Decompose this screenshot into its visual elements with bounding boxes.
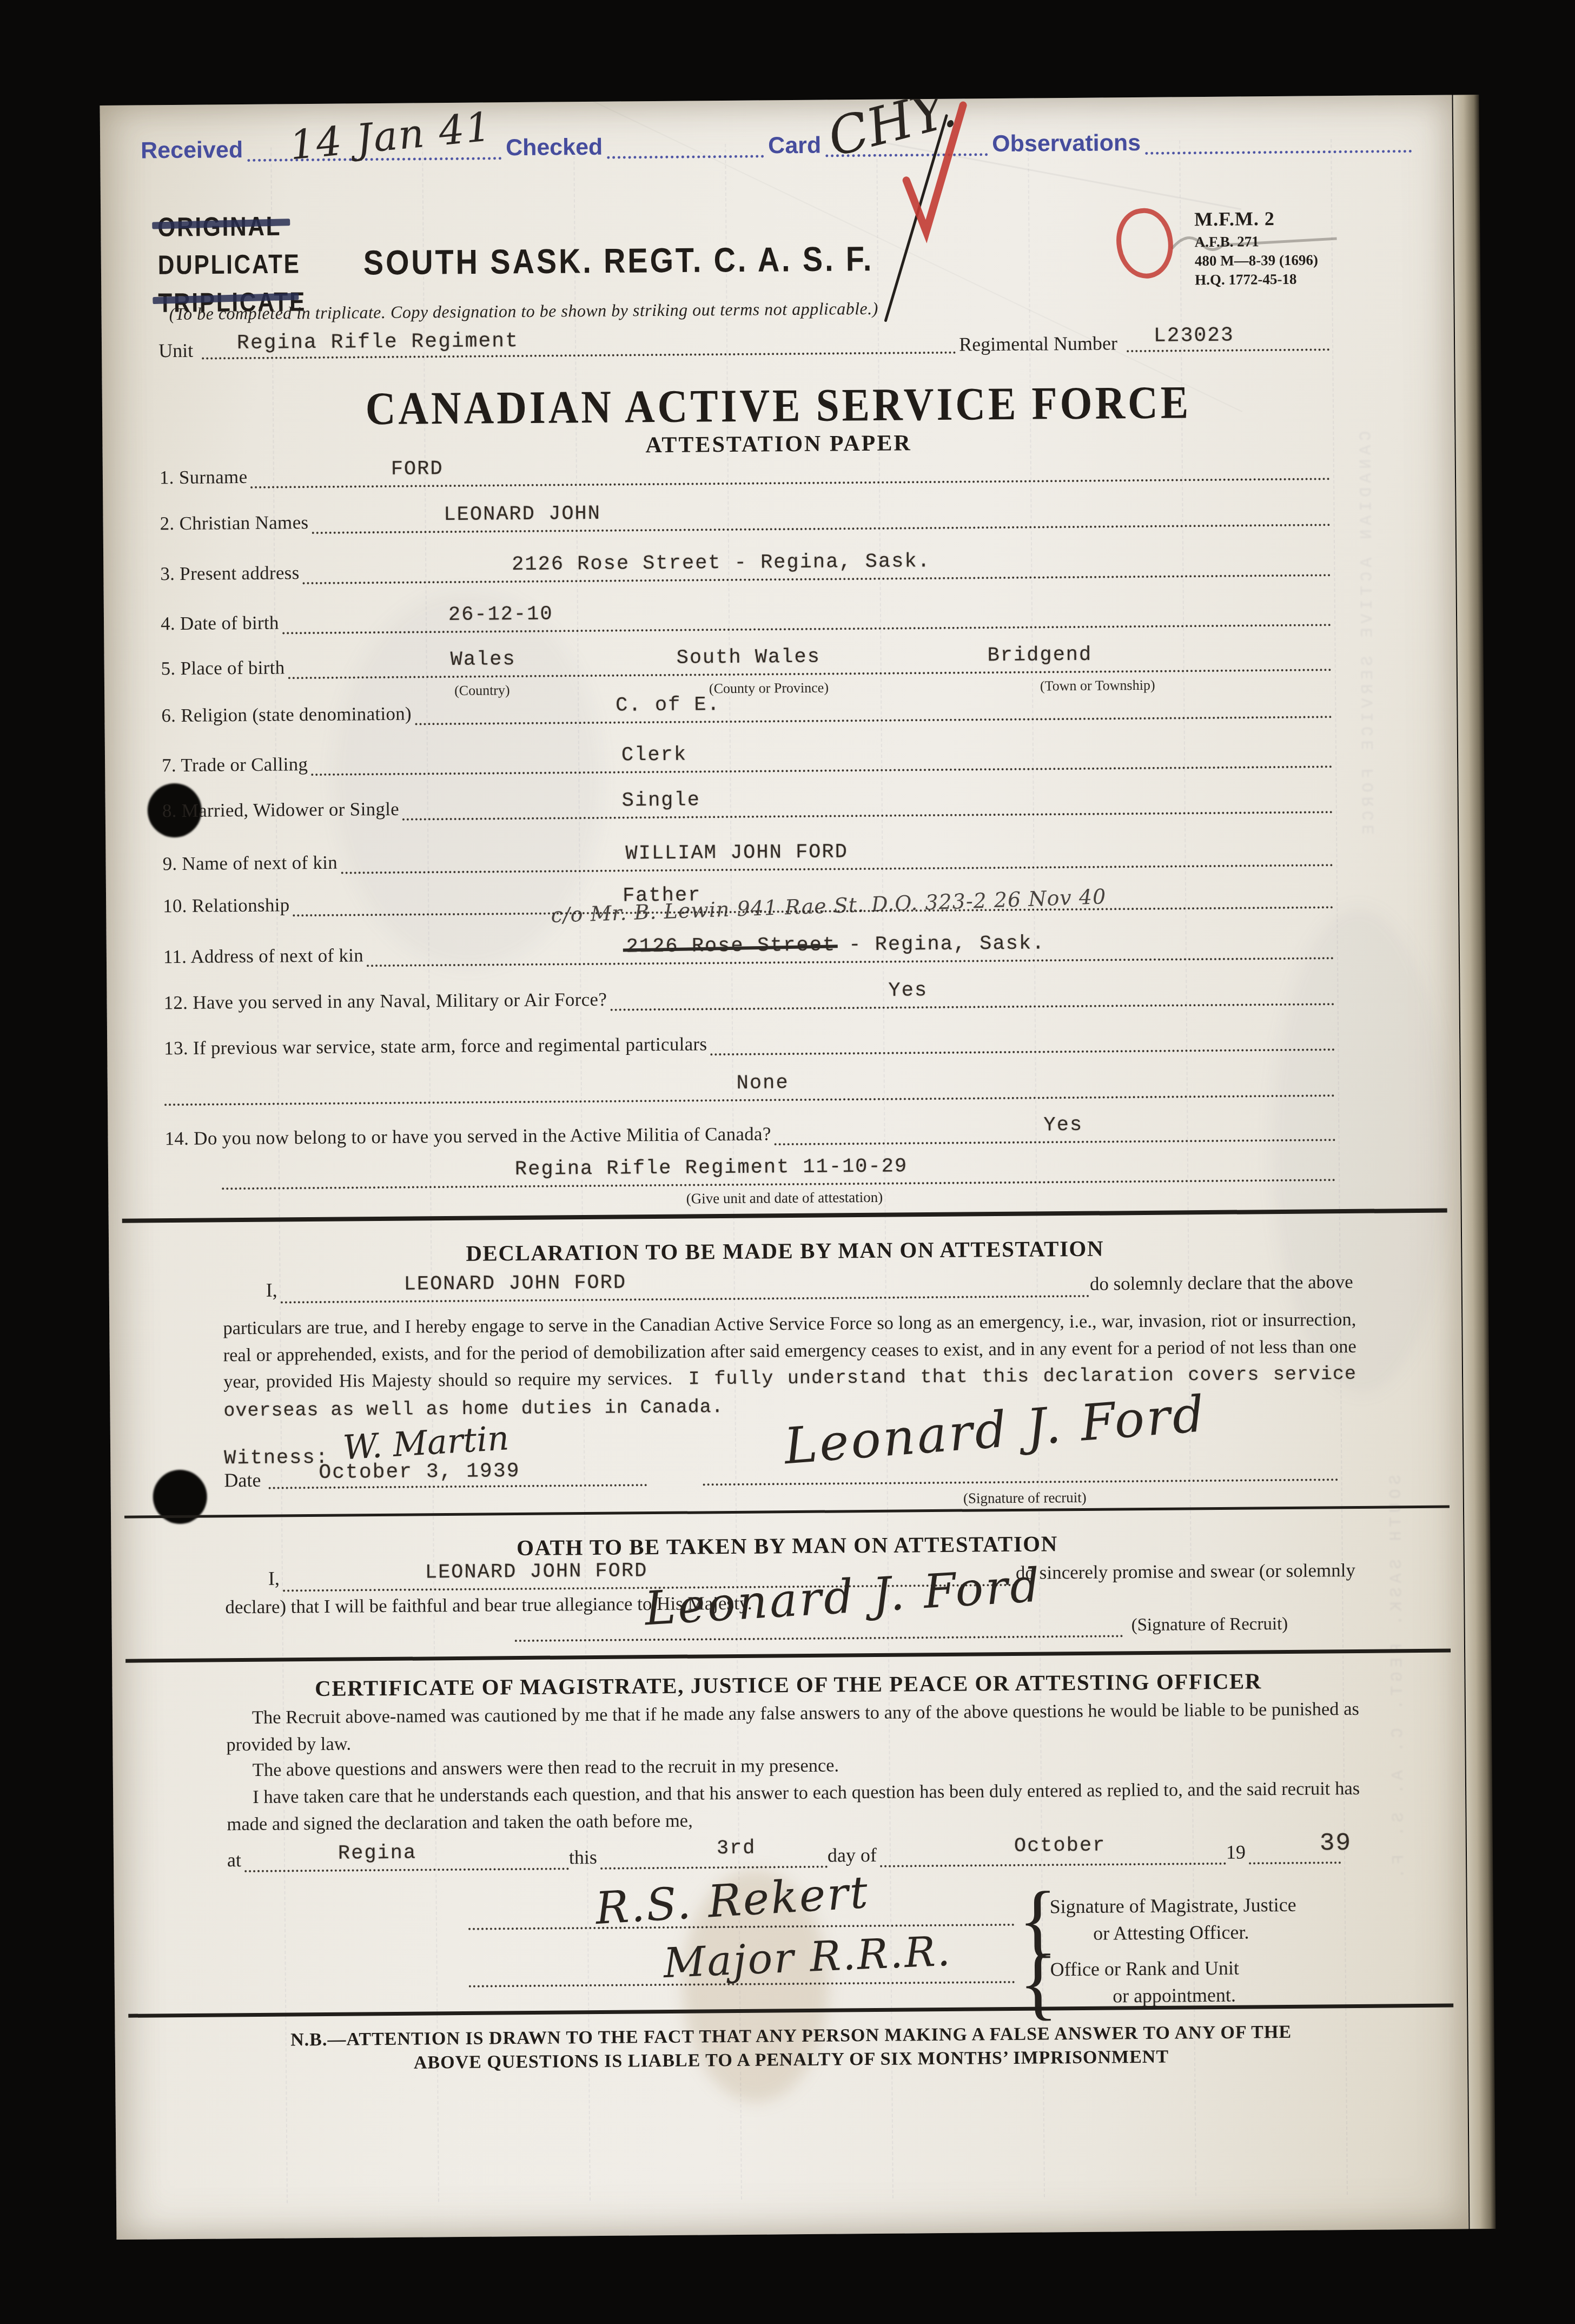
received-label: Received	[141, 138, 243, 162]
section-rule	[122, 1209, 1447, 1223]
q14-detail: Regina Rifle Regiment 11-10-29	[515, 1155, 908, 1181]
dotted-answer-line	[402, 810, 1333, 821]
dotted-leader	[703, 1478, 1339, 1485]
q13-answer: None	[737, 1072, 789, 1095]
rank-caption-2: or appointment.	[1113, 1984, 1236, 2008]
red-circle-annotation	[1111, 204, 1179, 282]
q7-label: Trade or Calling	[181, 754, 308, 776]
question-row-14: 14. Do you now belong to or have you ser…	[164, 1114, 1335, 1150]
q9-label: Name of next of kin	[182, 852, 337, 874]
q11-answer-rest: - Regina, Sask.	[849, 932, 1045, 956]
section-rule	[125, 1649, 1451, 1663]
paper-sheet: CANADIAN ACTIVE SERVICE FORCE SOUTH SASK…	[100, 95, 1496, 2240]
q5-answer-county: South Wales	[676, 646, 820, 670]
date-label: Date	[224, 1469, 261, 1492]
q3-label: Present address	[180, 562, 300, 584]
dotted-answer-line	[367, 956, 1334, 967]
q14-answer: Yes	[1043, 1114, 1083, 1137]
year-value: 39	[1320, 1829, 1352, 1857]
q4-label: Date of birth	[180, 612, 279, 634]
certificate-para1: The Recruit above-named was cautioned by…	[226, 1696, 1360, 1759]
question-13-answer-line: None	[164, 1069, 1335, 1106]
regimental-number-value: L23023	[1154, 324, 1234, 348]
q13-number: 13.	[164, 1038, 188, 1059]
q6-answer: C. of E.	[616, 694, 720, 717]
q12-number: 12.	[163, 992, 188, 1013]
magistrate-signature-caption-2: or Attesting Officer.	[1093, 1920, 1249, 1944]
scanned-attestation-document: { "header": { "received_label": "Receive…	[0, 0, 1575, 2324]
copy-designation-duplicate: DUPLICATE	[158, 248, 301, 280]
dotted-leader	[1249, 1861, 1341, 1864]
dotted-leader	[1145, 149, 1412, 155]
q3-answer: 2126 Rose Street - Regina, Sask.	[512, 550, 931, 576]
certificate-para3: I have taken care that he understands ea…	[227, 1775, 1360, 1838]
q5-sublabel-county: (County or Province)	[709, 680, 829, 697]
q4-answer: 26-12-10	[448, 603, 553, 627]
regiment-stamp: SOUTH SASK. REGT. C. A. S. F.	[363, 239, 874, 283]
declaration-i: I,	[266, 1279, 277, 1304]
declaration-name-line: I, do solemnly declare that the above LE…	[266, 1267, 1353, 1304]
question-row-6: 6. Religion (state denomination) C. of E…	[161, 691, 1332, 727]
q12-label: Have you served in any Naval, Military o…	[193, 989, 607, 1013]
q4-number: 4.	[161, 613, 175, 634]
question-row-9: 9. Name of next of kin WILLIAM JOHN FORD	[162, 839, 1333, 875]
q1-label: Surname	[179, 466, 248, 488]
q9-answer: WILLIAM JOHN FORD	[625, 841, 848, 865]
q7-answer: Clerk	[621, 744, 687, 767]
q2-answer: LEONARD JOHN	[444, 503, 601, 526]
attestation-form-page: CANADIAN ACTIVE SERVICE FORCE SOUTH SASK…	[100, 95, 1469, 2240]
year-prefix: 19	[1226, 1841, 1246, 1865]
dotted-answer-line	[164, 1094, 1335, 1106]
dotted-leader	[607, 154, 764, 159]
dayof-label: day of	[828, 1844, 877, 1868]
dotted-answer-line	[775, 1138, 1336, 1145]
oath-i: I,	[268, 1567, 280, 1592]
q8-label: Married, Widower or Single	[182, 798, 400, 821]
q11-answer: 2126 Rose Street - Regina, Sask.	[626, 932, 1045, 958]
q10-label: Relationship	[192, 894, 290, 916]
q6-number: 6.	[161, 705, 176, 726]
section-rule	[124, 1506, 1450, 1518]
unit-line: Unit Regina Rifle Regiment Regimental Nu…	[158, 326, 1329, 363]
dotted-leader	[600, 1865, 828, 1870]
form-ref-line: H.Q. 1772-45-18	[1195, 270, 1318, 288]
declaration-signature-note: (Signature of recruit)	[963, 1489, 1087, 1507]
q1-answer: FORD	[391, 458, 444, 481]
q14-label: Do you now belong to or have you served …	[194, 1123, 771, 1148]
question-row-3: 3. Present address 2126 Rose Street - Re…	[160, 549, 1331, 585]
q5-answer-town: Bridgend	[987, 644, 1092, 668]
question-row-13: 13. If previous war service, state arm, …	[164, 1024, 1335, 1060]
observations-label: Observations	[992, 131, 1141, 156]
dotted-answer-line	[303, 573, 1332, 584]
question-14-detail-line: Regina Rifle Regiment 11-10-29	[222, 1154, 1336, 1190]
form-reference-block: M.F.M. 2 A.F.B. 271 480 M—8-39 (1696) H.…	[1194, 207, 1318, 288]
at-value: Regina	[338, 1842, 417, 1865]
dotted-answer-line	[288, 668, 1332, 679]
regimental-number-label: Regimental Number	[959, 332, 1117, 355]
declaration-name-typed: LEONARD JOHN FORD	[404, 1271, 627, 1296]
red-checkmark	[899, 98, 971, 245]
checked-label: Checked	[506, 136, 603, 160]
question-row-12: 12. Have you served in any Naval, Milita…	[163, 978, 1334, 1014]
q2-number: 2.	[160, 513, 174, 534]
bleedthrough-text: SOUTH SASK. REGT. C. A. S. F.	[1387, 1475, 1411, 2178]
brace-glyph: {	[1018, 1936, 1058, 2030]
oath-intro-tail: do sincerely promise and swear (or solem…	[1016, 1560, 1355, 1586]
question-row-4: 4. Date of birth 26-12-10	[161, 599, 1332, 635]
q2-label: Christian Names	[179, 512, 308, 534]
card-label: Card	[768, 134, 821, 158]
question-row-11: 11. Address of next of kin 2126 Rose Str…	[163, 932, 1334, 968]
q11-label: Address of next of kin	[190, 945, 363, 967]
declaration-heading: DECLARATION TO BE MADE BY MAN ON ATTESTA…	[109, 1232, 1461, 1269]
dotted-answer-line	[281, 1295, 1090, 1304]
certificate-place-date-line: at this day of 19 Regina 3rd October 39	[227, 1832, 1352, 1872]
q5-sublabel-country: (Country)	[454, 682, 510, 699]
dotted-signature-line	[515, 1634, 1123, 1642]
q6-label: Religion (state denomination)	[181, 703, 412, 726]
q11-answer-struck: 2126 Rose Street	[626, 934, 836, 958]
q9-number: 9.	[162, 853, 177, 874]
dotted-leader	[1127, 348, 1329, 352]
form-ref-line: A.F.B. 271	[1194, 233, 1318, 250]
q12-answer: Yes	[888, 979, 928, 1002]
dotted-answer-line	[282, 623, 1332, 634]
q5-label: Place of birth	[180, 657, 284, 679]
q11-number: 11.	[163, 946, 187, 967]
question-row-2: 2. Christian Names LEONARD JOHN	[160, 499, 1331, 535]
q7-number: 7.	[162, 755, 176, 776]
oath-name-typed: LEONARD JOHN FORD	[425, 1560, 648, 1584]
q8-number: 8.	[162, 800, 177, 821]
month-value: October	[1014, 1834, 1106, 1858]
q5-number: 5.	[161, 658, 176, 679]
q10-number: 10.	[163, 895, 187, 916]
q5-answer-country: Wales	[450, 648, 515, 671]
date-value: October 3, 1939	[319, 1460, 520, 1484]
form-ref-line: 480 M—8-39 (1696)	[1195, 252, 1318, 269]
dotted-leader	[880, 1862, 1226, 1867]
question-row-5: 5. Place of birth Wales South Wales Brid…	[161, 644, 1332, 680]
dotted-answer-line	[710, 1048, 1335, 1055]
declaration-intro-tail: do solemnly declare that the above	[1090, 1271, 1353, 1297]
q5-sublabel-town: (Town or Township)	[1040, 677, 1155, 695]
unit-label: Unit	[158, 339, 193, 362]
unit-value: Regina Rifle Regiment	[237, 329, 519, 355]
this-label: this	[569, 1846, 597, 1870]
form-ref-line: M.F.M. 2	[1194, 207, 1318, 230]
dotted-answer-line	[311, 765, 1333, 776]
dotted-answer-line	[610, 1002, 1334, 1011]
oath-signature-note: (Signature of Recruit)	[1131, 1614, 1288, 1635]
q1-number: 1.	[160, 467, 174, 488]
dotted-leader	[244, 1867, 569, 1872]
at-label: at	[227, 1848, 241, 1872]
rank-caption-1: Office or Rank and Unit	[1050, 1957, 1239, 1981]
q13-label: If previous war service, state arm, forc…	[193, 1033, 707, 1058]
q8-answer: Single	[622, 789, 701, 812]
dotted-answer-line	[415, 715, 1332, 725]
day-value: 3rd	[717, 1837, 756, 1860]
magistrate-signature-caption-1: Signature of Magistrate, Justice	[1050, 1893, 1296, 1918]
q3-number: 3.	[160, 563, 175, 584]
q14-number: 14.	[164, 1128, 189, 1149]
